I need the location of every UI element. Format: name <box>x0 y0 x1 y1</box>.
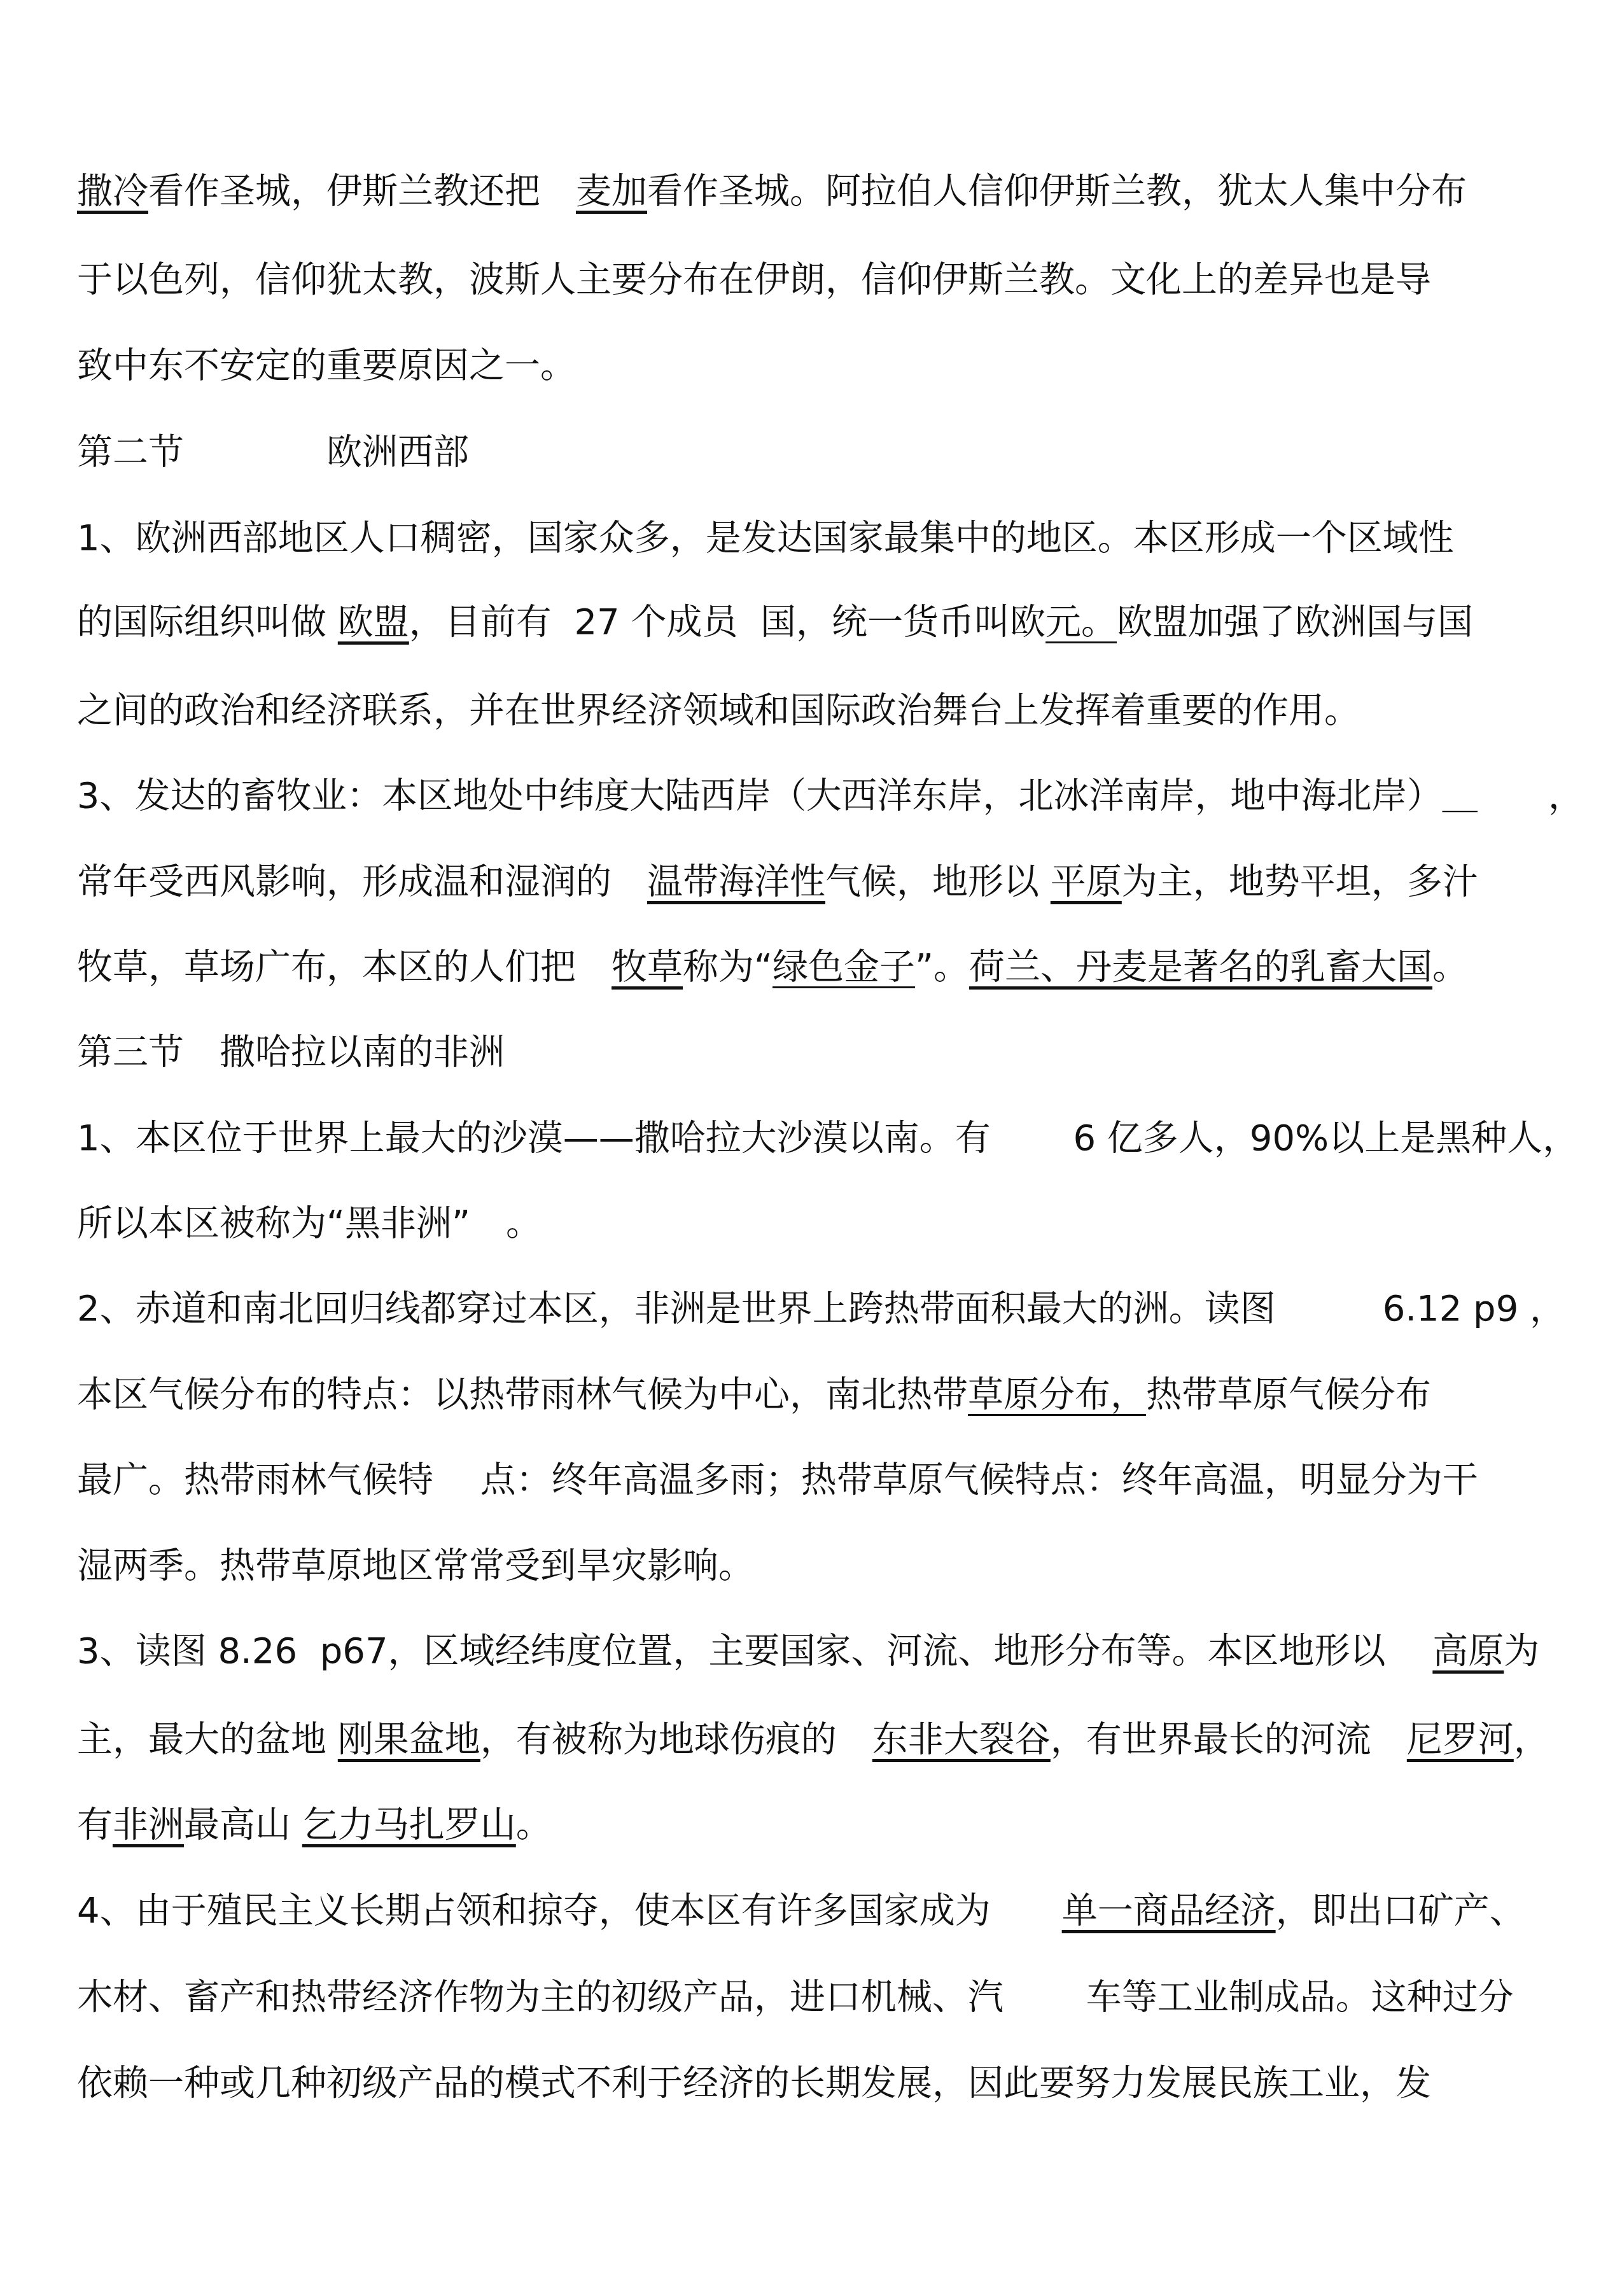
text-segment: 之间的政治和经济联系，并在世界经济领域和国际政治舞台上发挥着重要的作用。 <box>77 690 1360 731</box>
text-segment: ＿ <box>1443 775 1478 816</box>
text-segment: ，即出口矿产、 <box>1276 1890 1525 1931</box>
text-line: 有非洲最高山 乞力马扎罗山。 <box>77 1803 552 1847</box>
text-segment: 最广。热带雨林气候特 点：终年高温多雨；热带草原气候特点：终年高温，明显分为干 <box>77 1459 1478 1501</box>
text-line: 常年受西风影响，形成温和湿润的 温带海洋性气候，地形以 平原为主，地势平坦，多汁 <box>77 860 1478 904</box>
text-line: 1、本区位于世界上最大的沙漠——撒哈拉大沙漠以南。有 6 亿多人，90%以上是黑… <box>77 1116 1578 1161</box>
underlined-answer: 尼罗河 <box>1407 1719 1514 1760</box>
text-line: 之间的政治和经济联系，并在世界经济领域和国际政治舞台上发挥着重要的作用。 <box>77 689 1360 733</box>
text-segment: 。 <box>1432 946 1468 988</box>
text-segment: ，有世界最长的河流 <box>1051 1719 1407 1760</box>
text-line: 第二节 欧洲西部 <box>77 430 469 475</box>
text-segment: 常年受西风影响，形成温和湿润的 <box>77 861 647 902</box>
text-segment: 第二节 欧洲西部 <box>77 431 469 473</box>
text-line: 的国际组织叫做 欧盟，目前有 27 个成员 国，统一货币叫欧元。欧盟加强了欧洲国… <box>77 600 1473 645</box>
text-segment: ，目前有 27 个成员 国，统一货币叫欧 <box>409 601 1045 643</box>
underlined-answer: 草原分布， <box>968 1374 1146 1415</box>
text-line: 所以本区被称为“黑非洲” 。 <box>77 1201 542 1246</box>
text-segment: 欧盟加强了欧洲国与国 <box>1117 601 1473 643</box>
text-line: 1、欧洲西部地区人口稠密，国家众多，是发达国家最集中的地区。本区形成一个区域性 <box>77 516 1454 561</box>
text-segment: 于以色列，信仰犹太教，波斯人主要分布在伊朗，信仰伊斯兰教。文化上的差异也是导 <box>77 259 1431 300</box>
text-line: 3、发达的畜牧业：本区地处中纬度大陆西岸（大西洋东岸，北冰洋南岸，地中海北岸）＿… <box>77 774 1584 818</box>
underlined-answer: 麦加 <box>576 171 647 212</box>
text-segment: 第三节 撒哈拉以南的非洲 <box>77 1032 505 1073</box>
text-segment: 牧草，草场广布，本区的人们把 <box>77 946 612 988</box>
text-line: 最广。热带雨林气候特 点：终年高温多雨；热带草原气候特点：终年高温，明显分为干 <box>77 1458 1478 1502</box>
text-segment: ，有被称为地球伤痕的 <box>480 1719 872 1760</box>
text-segment: 木材、畜产和热带经济作物为主的初级产品，进口机械、汽 车等工业制成品。这种过分 <box>77 1977 1514 2018</box>
text-segment: 4、由于殖民主义长期占领和掠夺，使本区有许多国家成为 <box>77 1890 1062 1931</box>
underlined-answer: 欧盟 <box>338 601 409 643</box>
text-segment: ， <box>1478 775 1584 816</box>
text-segment: 1、欧洲西部地区人口稠密，国家众多，是发达国家最集中的地区。本区形成一个区域性 <box>77 517 1454 559</box>
text-segment: 气候，地形以 <box>825 861 1051 902</box>
text-segment: ， <box>1514 1719 1549 1760</box>
text-segment: 最高山 <box>184 1804 302 1845</box>
text-segment: ”。 <box>915 946 969 988</box>
underlined-answer: 高原 <box>1432 1630 1504 1672</box>
text-line: 主，最大的盆地 刚果盆地，有被称为地球伤痕的 东非大裂谷，有世界最长的河流 尼罗… <box>77 1718 1549 1762</box>
text-segment: 。 <box>516 1804 552 1845</box>
text-line: 依赖一种或几种初级产品的模式不利于经济的长期发展，因此要努力发展民族工业，发 <box>77 2061 1431 2106</box>
text-segment: 3、读图 8.26 p67，区域经纬度位置，主要国家、河流、地形分布等。本区地形… <box>77 1630 1432 1672</box>
underlined-answer: 荷兰、丹麦是著名的乳畜大国 <box>969 946 1432 988</box>
text-segment: 看作圣城。阿拉伯人信仰伊斯兰教，犹太人集中分布 <box>647 171 1467 212</box>
text-segment: 的国际组织叫做 <box>77 601 338 643</box>
underlined-answer: 非洲 <box>113 1804 184 1845</box>
text-segment: 2、赤道和南北回归线都穿过本区，非洲是世界上跨热带面积最大的洲。读图 6.12 … <box>77 1288 1565 1329</box>
underlined-answer: 乞力马扎罗山 <box>302 1804 516 1845</box>
underlined-answer: 撒冷 <box>77 171 148 212</box>
text-segment: 所以本区被称为“黑非洲” 。 <box>77 1203 542 1244</box>
text-segment: 湿两季。热带草原地区常常受到旱灾影响。 <box>77 1545 754 1586</box>
underlined-answer: 元。 <box>1045 601 1117 643</box>
text-segment: 称为“ <box>683 946 773 988</box>
text-segment: 3、发达的畜牧业：本区地处中纬度大陆西岸（大西洋东岸，北冰洋南岸，地中海北岸） <box>77 775 1443 816</box>
text-segment: 本区气候分布的特点：以热带雨林气候为中心，南北热带 <box>77 1374 968 1415</box>
text-line: 木材、畜产和热带经济作物为主的初级产品，进口机械、汽 车等工业制成品。这种过分 <box>77 1975 1514 2020</box>
underlined-answer: 牧草 <box>612 946 683 988</box>
text-line: 2、赤道和南北回归线都穿过本区，非洲是世界上跨热带面积最大的洲。读图 6.12 … <box>77 1287 1565 1331</box>
text-segment: 为主，地势平坦，多汁 <box>1122 861 1478 902</box>
underlined-answer: 温带海洋性 <box>647 861 825 902</box>
text-segment: 有 <box>77 1804 113 1845</box>
underlined-answer: 绿色金子 <box>773 946 915 988</box>
text-segment: 主，最大的盆地 <box>77 1719 338 1760</box>
text-line: 湿两季。热带草原地区常常受到旱灾影响。 <box>77 1544 754 1588</box>
underlined-answer: 刚果盆地 <box>338 1719 480 1760</box>
underlined-answer: 单一商品经济 <box>1062 1890 1276 1931</box>
text-line: 撒冷看作圣城，伊斯兰教还把 麦加看作圣城。阿拉伯人信仰伊斯兰教，犹太人集中分布 <box>77 169 1467 214</box>
text-segment: 依赖一种或几种初级产品的模式不利于经济的长期发展，因此要努力发展民族工业，发 <box>77 2062 1431 2104</box>
text-segment: 1、本区位于世界上最大的沙漠——撒哈拉大沙漠以南。有 6 亿多人，90%以上是黑… <box>77 1117 1578 1159</box>
text-segment: 看作圣城，伊斯兰教还把 <box>148 171 576 212</box>
underlined-answer: 东非大裂谷 <box>872 1719 1051 1760</box>
text-line: 3、读图 8.26 p67，区域经纬度位置，主要国家、河流、地形分布等。本区地形… <box>77 1629 1539 1674</box>
underlined-answer: 平原 <box>1051 861 1122 902</box>
text-line: 4、由于殖民主义长期占领和掠夺，使本区有许多国家成为 单一商品经济，即出口矿产、 <box>77 1889 1525 1933</box>
text-line: 于以色列，信仰犹太教，波斯人主要分布在伊朗，信仰伊斯兰教。文化上的差异也是导 <box>77 258 1431 302</box>
text-line: 本区气候分布的特点：以热带雨林气候为中心，南北热带草原分布，热带草原气候分布 <box>77 1373 1431 1417</box>
text-line: 牧草，草场广布，本区的人们把 牧草称为“绿色金子”。荷兰、丹麦是著名的乳畜大国。 <box>77 945 1468 990</box>
text-segment: 致中东不安定的重要原因之一。 <box>77 345 576 386</box>
text-segment: 为 <box>1504 1630 1539 1672</box>
text-segment: 热带草原气候分布 <box>1146 1374 1431 1415</box>
text-line: 第三节 撒哈拉以南的非洲 <box>77 1030 505 1075</box>
text-line: 致中东不安定的重要原因之一。 <box>77 344 576 388</box>
